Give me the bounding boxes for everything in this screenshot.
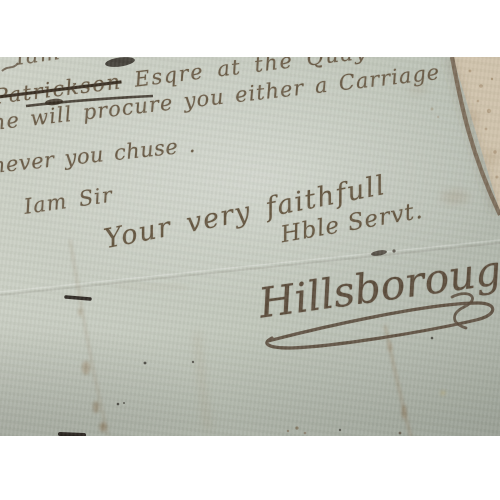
letterbox-top [0, 0, 500, 57]
letter-photo: Iam very Patrickson Esqre at the Quay he… [0, 57, 500, 436]
smudge-mid [117, 285, 188, 288]
letterbox-bottom [0, 436, 500, 500]
backing-foxing-spots [468, 70, 499, 179]
ink-dash-bottom [60, 434, 84, 435]
paper-edge-line [452, 57, 500, 215]
fold-crease-left [70, 240, 108, 436]
ink-blot-signature [371, 249, 396, 257]
ink-dash-mid [66, 297, 90, 299]
paper-edge-shadow [449, 57, 496, 212]
signature: Hillsborough [255, 239, 500, 331]
closing-salutation: Iam Sir [22, 181, 115, 222]
screenshot-canvas: Iam very Patrickson Esqre at the Quay he… [0, 0, 500, 500]
fold-crease-right [385, 325, 411, 436]
backing-surface [453, 57, 500, 212]
stain-column-middle [197, 332, 208, 430]
letter-line-4: hever you chuse . [0, 131, 197, 181]
stray-pen-mark [2, 63, 18, 71]
